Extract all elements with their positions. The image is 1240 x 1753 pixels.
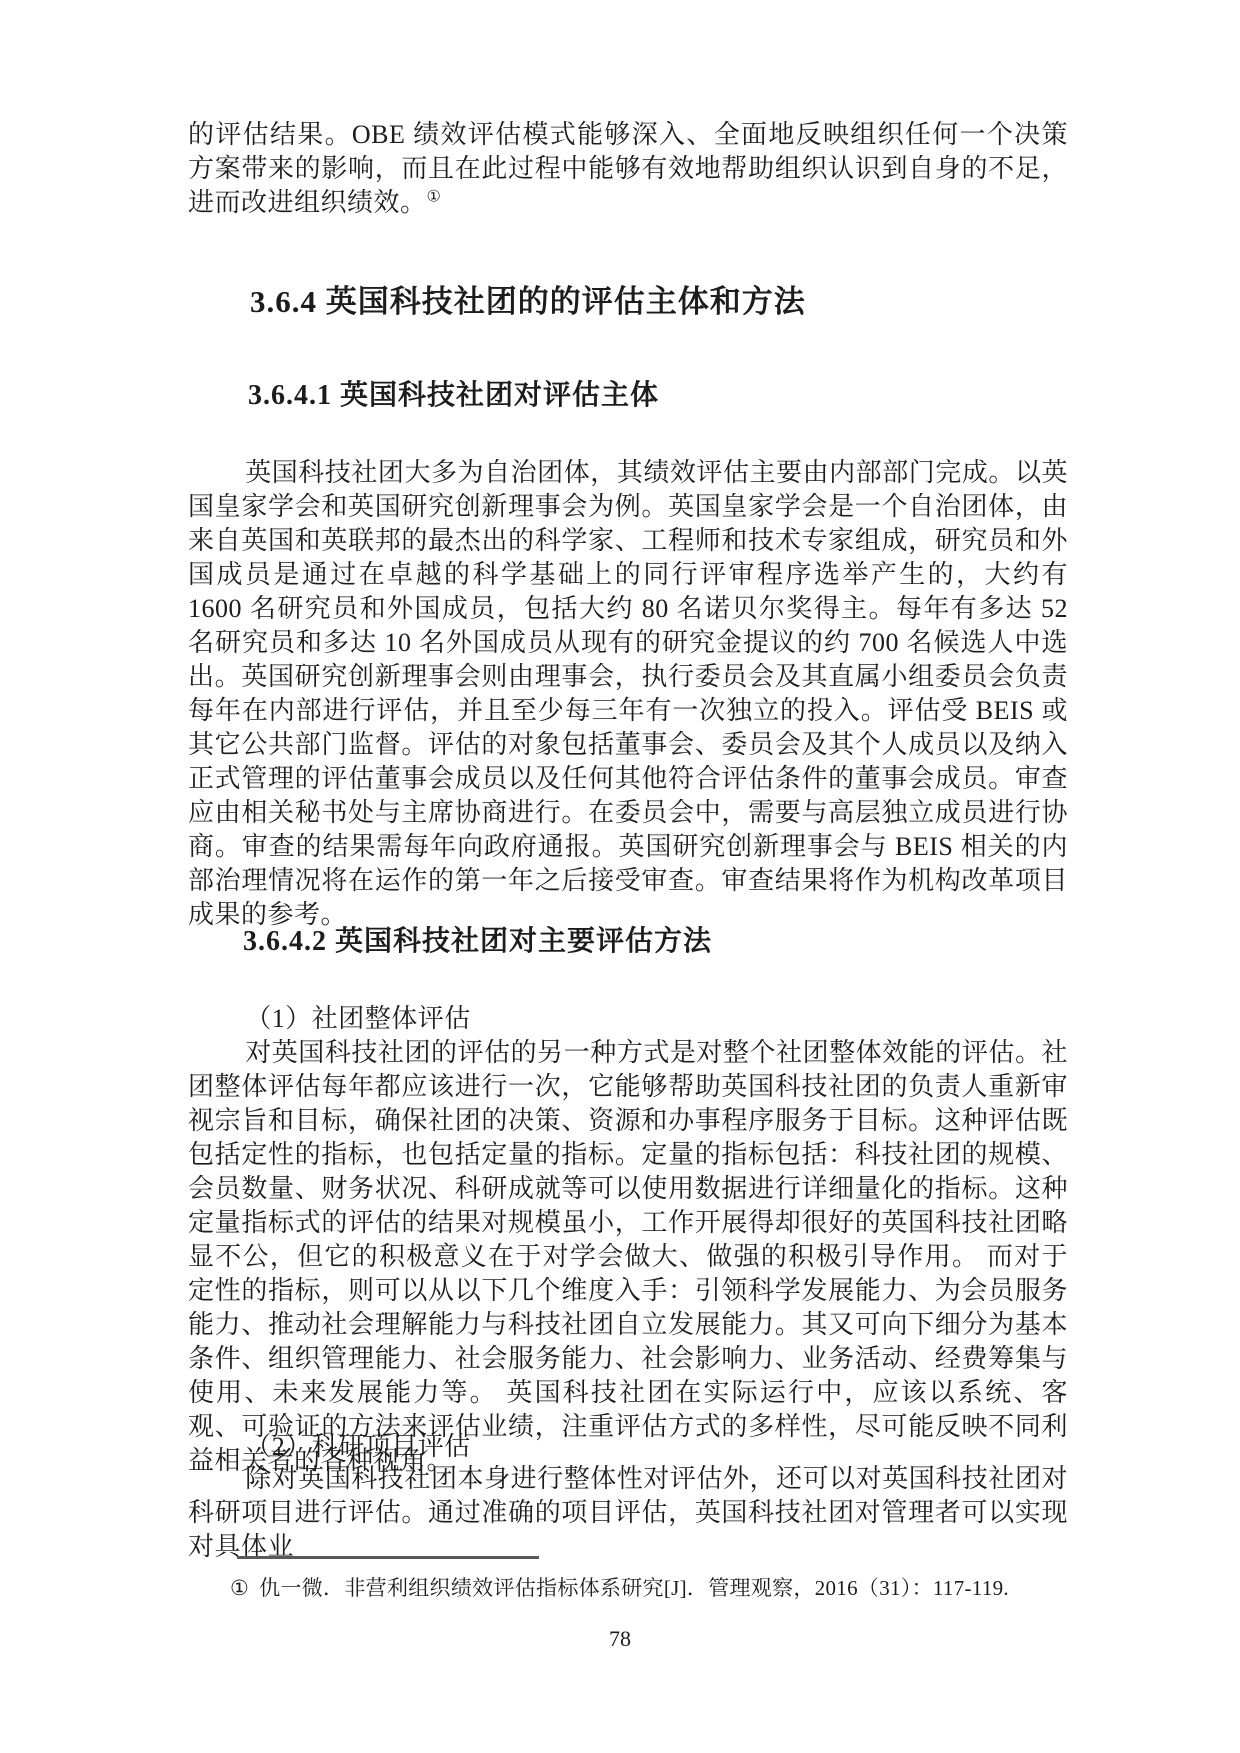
section-heading-364: 3.6.4 英国科技社团的的评估主体和方法 — [250, 282, 806, 322]
footnote-mark: ① — [230, 1576, 249, 1600]
paragraph-item-1: 对英国科技社团的评估的另一种方式是对整个社团整体效能的评估。社团整体评估每年都应… — [188, 1036, 1068, 1478]
document-page: 的评估结果。OBE 绩效评估模式能够深入、全面地反映组织任何一个决策方案带来的影… — [0, 0, 1240, 1753]
intro-paragraph-text: 的评估结果。OBE 绩效评估模式能够深入、全面地反映组织任何一个决策方案带来的影… — [188, 120, 1068, 217]
footnote-reference-mark: ① — [427, 188, 441, 205]
page-number: 78 — [0, 1626, 1240, 1652]
paragraph-item-2: 除对英国科技社团本身进行整体性对评估外，还可以对英国科技社团对科研项目进行评估。… — [188, 1462, 1068, 1564]
section-heading-3641: 3.6.4.1 英国科技社团对评估主体 — [248, 378, 659, 414]
footnote-text: 仇一微．非营利组织绩效评估指标体系研究[J]．管理观察，2016（31）：117… — [259, 1576, 1009, 1600]
footnote-separator-line — [237, 1556, 539, 1559]
paragraph-3641: 英国科技社团大多为自治团体，其绩效评估主要由内部部门完成。以英国皇家学会和英国研… — [188, 456, 1068, 932]
intro-paragraph: 的评估结果。OBE 绩效评估模式能够深入、全面地反映组织任何一个决策方案带来的影… — [188, 118, 1068, 220]
section-heading-3642: 3.6.4.2 英国科技社团对主要评估方法 — [243, 924, 712, 960]
footnote: ①仇一微．非营利组织绩效评估指标体系研究[J]．管理观察，2016（31）：11… — [230, 1574, 1060, 1602]
list-item-1-label: （1）社团整体评估 — [188, 1002, 1068, 1036]
list-item-2-label: （2）科研项目评估 — [188, 1430, 1068, 1464]
